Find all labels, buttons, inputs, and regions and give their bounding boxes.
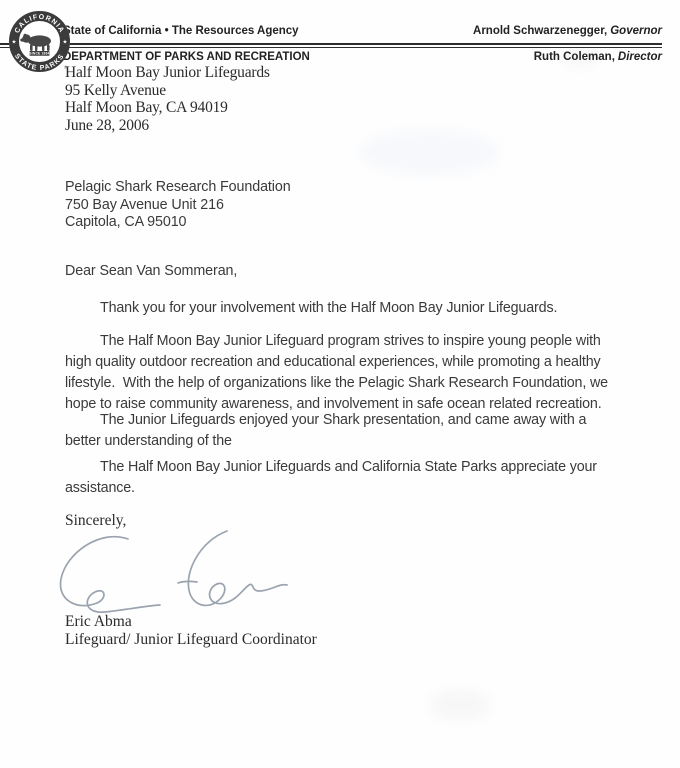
paragraph-program: The Half Moon Bay Junior Lifeguard progr… [65,331,608,415]
paragraph-appreciation: The Half Moon Bay Junior Lifeguards and … [65,457,597,499]
signature-stroke-left [60,537,160,612]
department-line: DEPARTMENT OF PARKS AND RECREATION [63,51,310,63]
header-row-agency: State of California • The Resources Agen… [63,25,662,37]
recipient-city: Capitola, CA 95010 [65,214,291,232]
salutation: Dear Sean Van Sommeran, [65,263,237,279]
recipient-street: 750 Bay Avenue Unit 216 [65,197,291,215]
recipient-address: Pelagic Shark Research Foundation 750 Ba… [65,179,291,232]
signer-name: Eric Abma [65,613,317,631]
sender-address: Half Moon Bay Junior Lifeguards 95 Kelly… [65,64,270,134]
agency-line: State of California • The Resources Agen… [63,25,299,37]
seal-svg: CALIFORNIA STATE PARKS ★ ★ SINCE 1864 ® [8,10,71,73]
governor-title: Governor [610,25,662,37]
sender-city: Half Moon Bay, CA 94019 [65,99,270,117]
signature-image [50,526,290,618]
header-row-department: DEPARTMENT OF PARKS AND RECREATION Ruth … [63,51,662,63]
governor-name: Arnold Schwarzenegger, [473,25,607,37]
letter-date: June 28, 2006 [65,117,270,135]
header-rule-top [0,43,662,45]
signature-stroke-right [188,531,287,605]
director-name: Ruth Coleman, [534,51,615,63]
paragraph-thanks: Thank you for your involvement with the … [65,298,557,319]
signer-title: Lifeguard/ Junior Lifeguard Coordinator [65,631,317,649]
director-line: Ruth Coleman,Director [534,51,662,63]
seal-star-right-icon: ★ [63,40,68,46]
director-title: Director [618,51,662,63]
california-state-parks-logo-icon: CALIFORNIA STATE PARKS ★ ★ SINCE 1864 ® [8,10,71,73]
seal-star-left-icon: ★ [12,40,17,46]
letter-page: State of California • The Resources Agen… [0,0,680,768]
scan-artifact [360,130,500,175]
recipient-org: Pelagic Shark Research Foundation [65,179,291,197]
sender-street: 95 Kelly Avenue [65,82,270,100]
sender-org: Half Moon Bay Junior Lifeguards [65,64,270,82]
scan-artifact [430,690,490,720]
header-rule-bottom [0,47,662,49]
seal-banner-text: SINCE 1864 [29,52,49,56]
paragraph-presentation: The Junior Lifeguards enjoyed your Shark… [65,410,586,452]
signer-block: Eric Abma Lifeguard/ Junior Lifeguard Co… [65,613,317,649]
governor-line: Arnold Schwarzenegger,Governor [473,25,662,37]
